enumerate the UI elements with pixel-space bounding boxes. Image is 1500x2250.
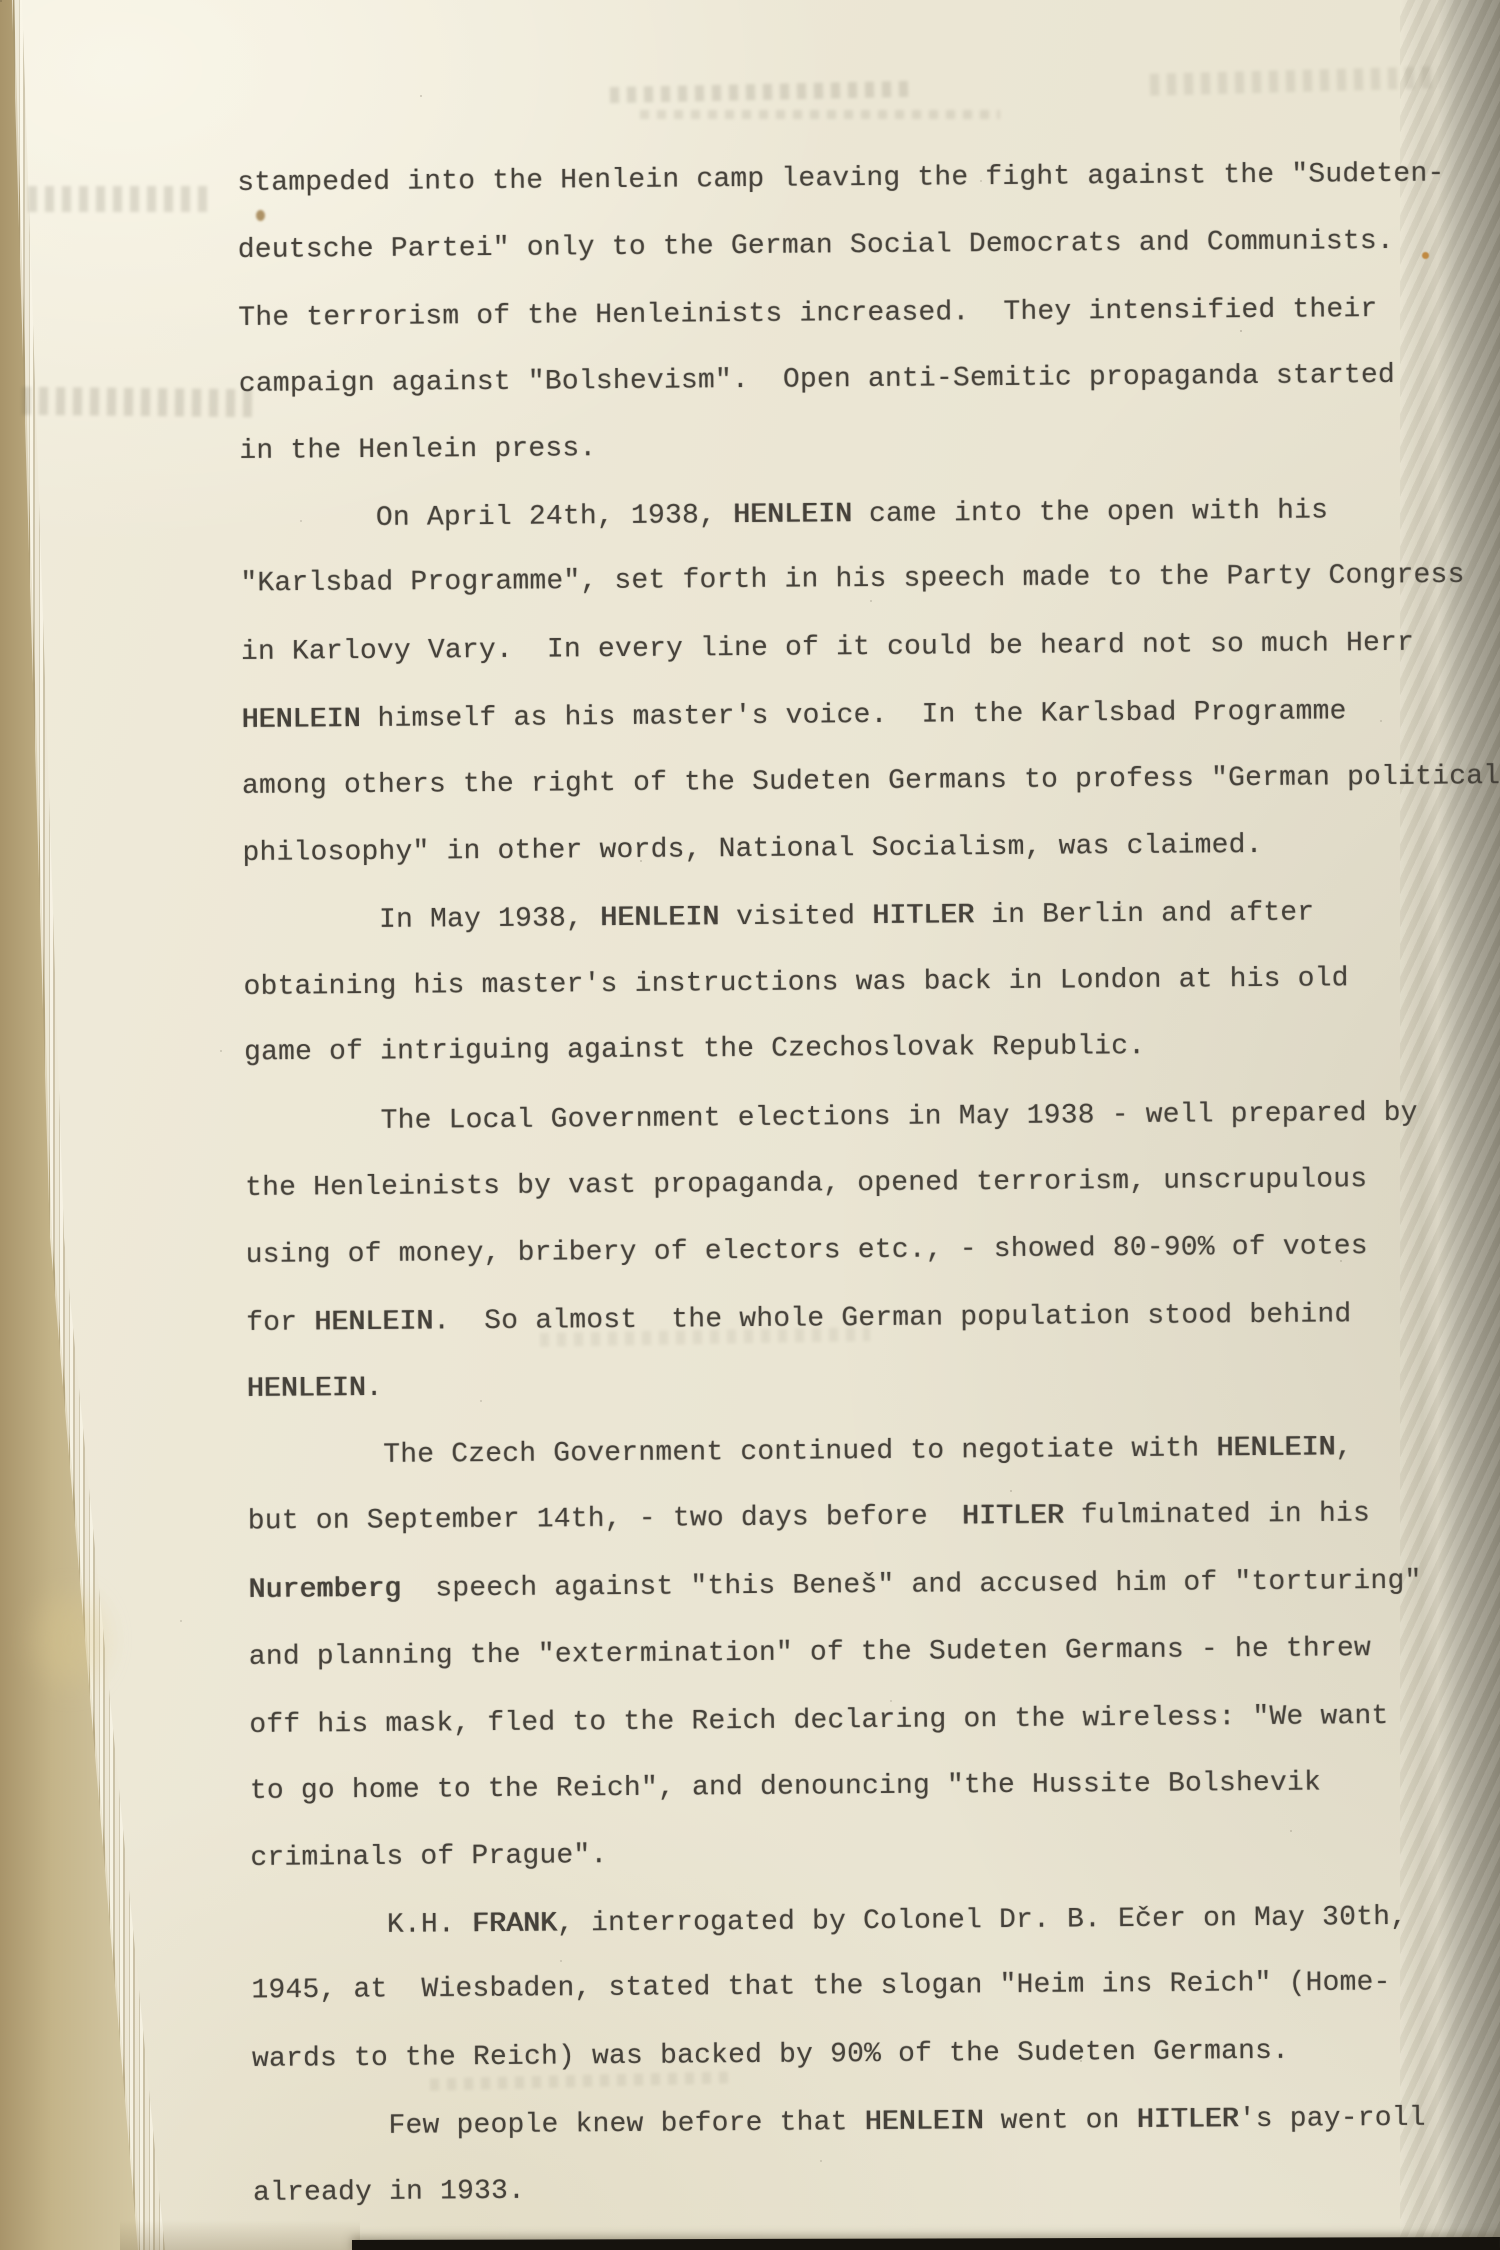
- typed-text-block: stampeded into the Henlein camp leaving …: [237, 140, 1500, 2227]
- scanned-page: stampeded into the Henlein camp leaving …: [0, 0, 1500, 2250]
- text-line-1: stampeded into the Henlein camp leaving …: [237, 140, 1500, 217]
- overstruck-word: HITLER: [1137, 2104, 1239, 2136]
- ink-smudge: [640, 110, 1000, 119]
- ink-smudge: [610, 81, 910, 103]
- text-line-20: The Czech Government continued to negoti…: [247, 1413, 1500, 1490]
- text-line-27: K.H. FRANK, interrogated by Colonel Dr. …: [251, 1883, 1500, 1960]
- ink-smudge: [1150, 66, 1440, 96]
- text-line-23: and planning the "extermination" of the …: [249, 1614, 1500, 1691]
- overstruck-word: HITLER: [962, 1501, 1064, 1533]
- text-line-25: to go home to the Reich", and denouncing…: [250, 1748, 1500, 1825]
- overstruck-word: HENLEIN: [864, 2106, 983, 2138]
- text-line-11: philosophy" in other words, National Soc…: [242, 810, 1500, 887]
- text-line-26: criminals of Prague".: [250, 1815, 1500, 1892]
- text-line-7: "Karlsbad Programme", set forth in his s…: [240, 542, 1500, 618]
- overstruck-word: FRANK: [472, 1909, 557, 1941]
- text-line-9: HENLEIN himself as his master's voice. I…: [241, 677, 1500, 754]
- text-line-3: The terrorism of the Henleinists increas…: [238, 275, 1500, 352]
- text-line-5: in the Henlein press.: [239, 408, 1500, 485]
- ghost-text-smudge: [22, 387, 252, 417]
- overstruck-word: HENLEIN: [733, 499, 852, 531]
- text-line-2: deutsche Partei" only to the German Soci…: [238, 207, 1500, 284]
- text-line-16: the Henleinists by vast propaganda, open…: [245, 1145, 1500, 1222]
- scan-bottom-edge: [352, 2237, 1500, 2250]
- text-line-18: for HENLEIN. So almost the whole German …: [246, 1280, 1500, 1357]
- overstruck-word: HENLEIN: [241, 704, 360, 736]
- paper-stain: [34, 1595, 104, 1685]
- text-line-29: wards to the Reich) was backed by 90% of…: [252, 2016, 1500, 2093]
- text-line-4: campaign against "Bolshevism". Open anti…: [239, 341, 1500, 418]
- text-line-15: The Local Government elections in May 19…: [244, 1079, 1500, 1156]
- text-line-22: Nuremberg speech against "this Beneš" an…: [248, 1547, 1500, 1624]
- overstruck-word: Nuremberg: [248, 1574, 401, 1606]
- overstruck-word: HENLEIN: [1216, 1432, 1335, 1464]
- scan-speckles: [0, 0, 2, 2]
- text-line-8: in Karlovy Vary. In every line of it cou…: [241, 609, 1500, 686]
- overstruck-word: HITLER: [872, 900, 974, 932]
- overstruck-word: HENLEIN: [314, 1306, 433, 1338]
- text-line-14: game of intriguing against the Czechoslo…: [244, 1011, 1500, 1087]
- text-line-17: using of money, bribery of electors etc.…: [245, 1212, 1500, 1289]
- text-line-10: among others the right of the Sudeten Ge…: [242, 743, 1500, 820]
- text-line-31: already in 1933.: [253, 2150, 1500, 2227]
- text-line-28: 1945, at Wiesbaden, stated that the slog…: [251, 1949, 1500, 2025]
- text-line-12: In May 1938, HENLEIN visited HITLER in B…: [243, 878, 1500, 955]
- overstruck-word: HENLEIN: [600, 902, 719, 934]
- overstruck-word: HENLEIN: [247, 1373, 366, 1405]
- text-line-24: off his mask, fled to the Reich declarin…: [249, 1682, 1500, 1759]
- ghost-text-smudge: [28, 186, 213, 212]
- text-line-13: obtaining his master's instructions was …: [243, 944, 1500, 1021]
- text-line-19: HENLEIN.: [246, 1346, 1500, 1423]
- text-line-21: but on September 14th, - two days before…: [248, 1480, 1500, 1556]
- text-line-6: On April 24th, 1938, HENLEIN came into t…: [240, 476, 1500, 553]
- text-line-30: Few people knew before that HENLEIN went…: [252, 2084, 1500, 2161]
